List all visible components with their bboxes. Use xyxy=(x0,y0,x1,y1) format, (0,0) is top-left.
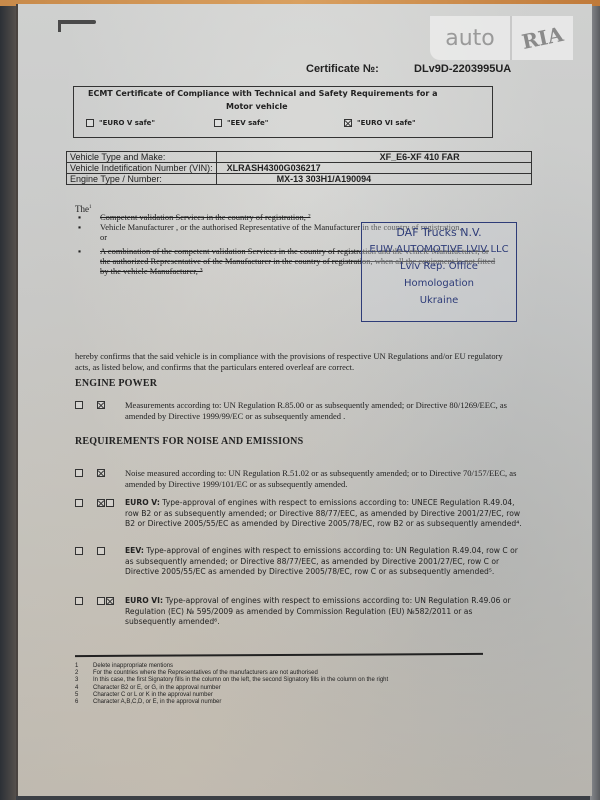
footnote: 2For the countries where the Representat… xyxy=(75,670,388,677)
eev-item: EEV: Type-approval of engines with respe… xyxy=(75,546,525,578)
footnote: 3In this case, the first Signatory fills… xyxy=(75,677,388,684)
binder-edge-left xyxy=(0,0,16,800)
vehicle-type-value: XF_E6-XF 410 FAR xyxy=(216,152,531,163)
footnote: 1Delete inappropriate mentions xyxy=(75,663,388,670)
certificate-number: DLv9D-2203995UA xyxy=(414,63,511,75)
checkbox xyxy=(97,597,105,605)
option-eev-safe: "EEV safe" xyxy=(214,119,268,127)
engine-power-item: Measurements according to: UN Regulation… xyxy=(75,400,525,421)
checkbox xyxy=(75,469,83,477)
vin-value: XLRASH4300G036217 xyxy=(216,163,531,174)
vehicle-type-label: Vehicle Type and Make: xyxy=(67,152,217,163)
watermark-auto: auto xyxy=(430,16,512,60)
ecmt-subtitle: Motor vehicle xyxy=(226,102,288,111)
table-row: Vehicle Type and Make: XF_E6-XF 410 FAR xyxy=(67,152,532,163)
vin-label: Vehicle Indetification Number (VIN): xyxy=(67,163,217,174)
footnote-divider xyxy=(75,653,483,657)
checkbox-euro-vi-safe xyxy=(344,119,352,127)
confirmation-text: hereby confirms that the said vehicle is… xyxy=(75,351,515,373)
checkbox xyxy=(75,499,83,507)
euro-vi-item: EURO VI: Type-approval of engines with r… xyxy=(75,596,525,628)
table-row: Vehicle Indetification Number (VIN): XLR… xyxy=(67,163,532,174)
engine-power-heading: ENGINE POWER xyxy=(75,378,157,389)
ecmt-box: ECMT Certificate of Compliance with Tech… xyxy=(73,86,493,138)
checkbox-checked xyxy=(97,401,105,409)
checkbox-euro-v-safe xyxy=(86,119,94,127)
checkbox xyxy=(97,469,105,477)
euro-v-item: EURO V: Type-approval of engines with re… xyxy=(75,498,525,530)
homologation-stamp: DAF Trucks N.V. EUW AUTOMOTIVE LVIV LLC … xyxy=(361,222,517,322)
checkbox xyxy=(75,547,83,555)
autoria-watermark: auto RIA xyxy=(430,16,573,60)
checkbox xyxy=(106,499,114,507)
footnote: 4Character B2 or E, or G, in the approva… xyxy=(75,685,388,692)
certificate-label: Certificate №: xyxy=(306,63,379,75)
footnotes: 1Delete inappropriate mentions 2For the … xyxy=(75,663,388,706)
checkbox xyxy=(97,499,105,507)
watermark-ria: RIA xyxy=(508,10,577,66)
noise-emissions-heading: REQUIREMENTS FOR NOISE AND EMISSIONS xyxy=(75,436,303,447)
staple-icon xyxy=(58,20,96,24)
checkbox xyxy=(106,597,114,605)
checkbox xyxy=(75,597,83,605)
list-item: ▪Competent validation Services in the co… xyxy=(78,212,498,222)
engine-type-label: Engine Type / Number: xyxy=(67,174,217,185)
engine-type-value: MX-13 303H1/A190094 xyxy=(216,174,531,185)
footnote: 5Character C or L or K in the approval n… xyxy=(75,692,388,699)
staple-leg-icon xyxy=(58,20,61,32)
document-page: auto RIA Certificate №: DLv9D-2203995UA … xyxy=(16,4,592,796)
checkbox xyxy=(75,401,83,409)
option-euro-v-safe: "EURO V safe" xyxy=(86,119,155,127)
noise-item: Noise measured according to: UN Regulati… xyxy=(75,468,525,489)
vehicle-table: Vehicle Type and Make: XF_E6-XF 410 FAR … xyxy=(66,151,532,185)
checkbox-eev-safe xyxy=(214,119,222,127)
checkbox xyxy=(97,547,105,555)
footnote: 6Character A,B,C,D, or E, in the approva… xyxy=(75,699,388,706)
option-euro-vi-safe: "EURO VI safe" xyxy=(344,119,416,127)
ecmt-title: ECMT Certificate of Compliance with Tech… xyxy=(88,89,438,98)
table-row: Engine Type / Number: MX-13 303H1/A19009… xyxy=(67,174,532,185)
